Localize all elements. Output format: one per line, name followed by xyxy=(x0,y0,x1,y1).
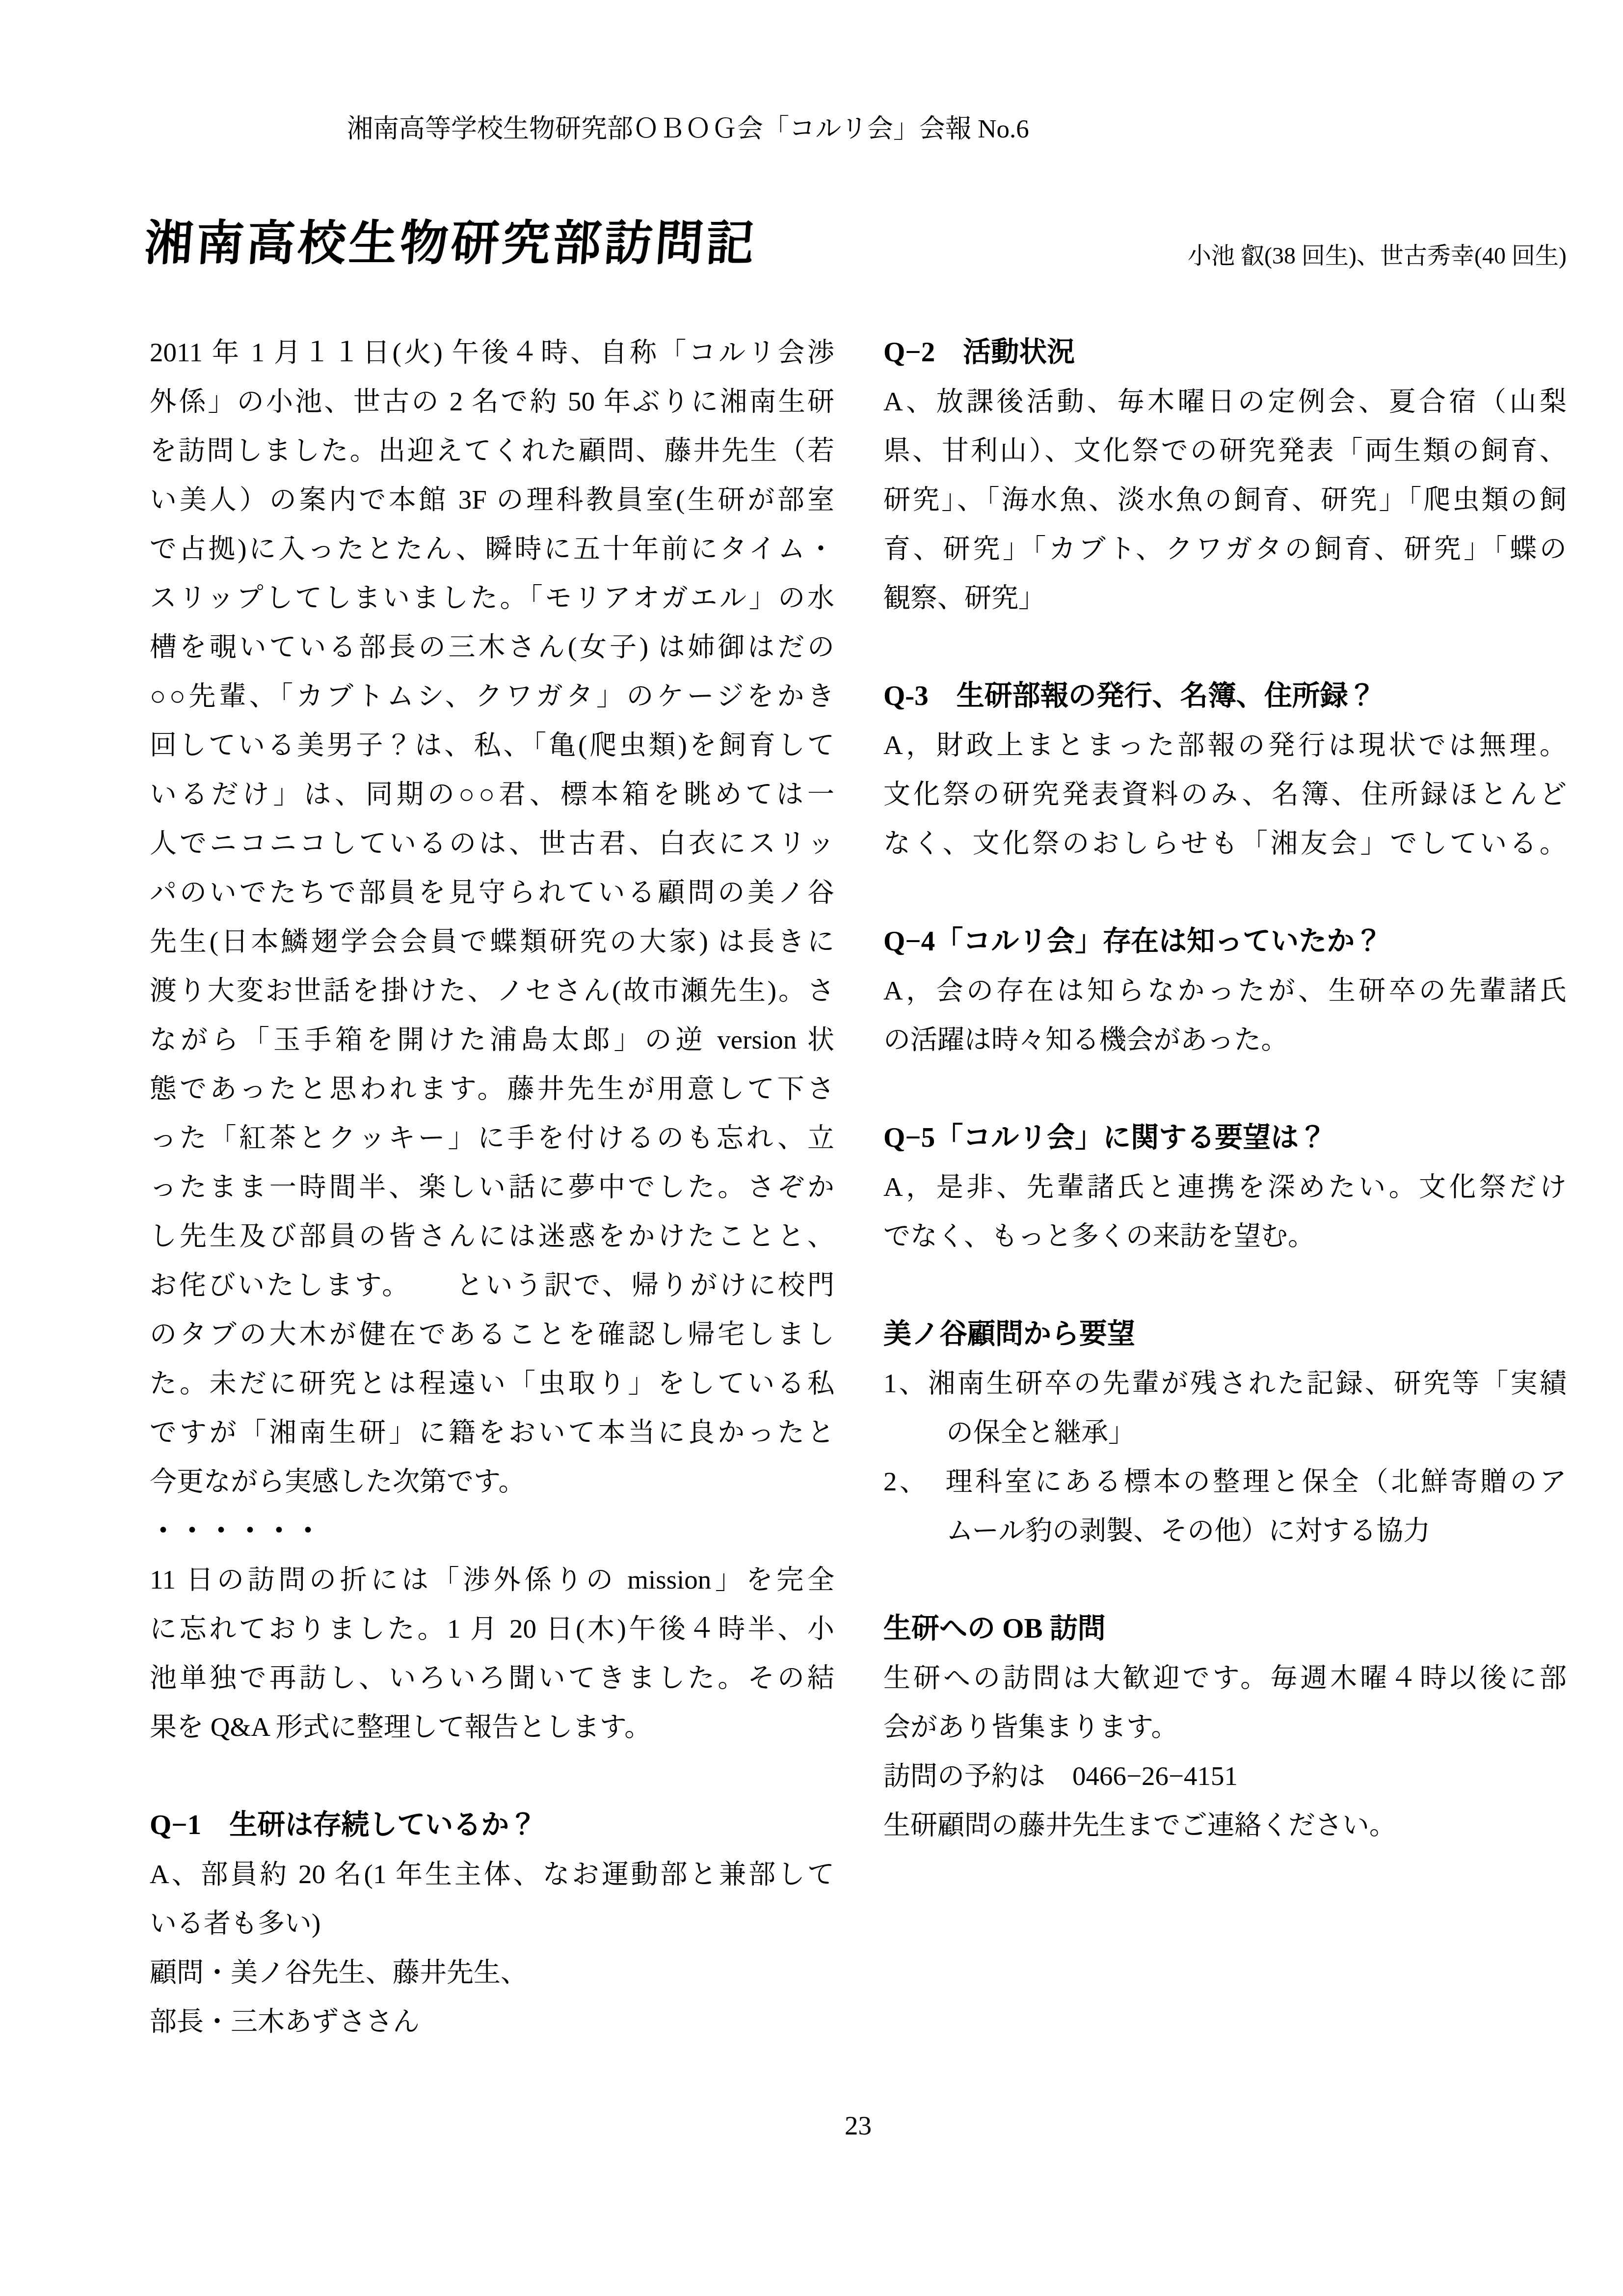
section-q5: Q−5「コルリ会」に関する要望は？ A，是非、先輩諸氏と連携を深めたい。文化祭だ… xyxy=(883,1113,1567,1261)
text-line: 2011 年 1 月１１日(火) 午後４時、自称「コルリ会渉 xyxy=(150,328,834,377)
text-line: 態であったと思われます。藤井先生が用意して下さ xyxy=(150,1064,834,1113)
text-line: A、部員約 20 名(1 年生主体、なお運動部と兼部して xyxy=(150,1850,834,1899)
text-line: いるだけ」は、同期の○○君、標本箱を眺めては一 xyxy=(150,770,834,819)
q1-heading: Q−1 生研は存続しているか？ xyxy=(150,1801,834,1850)
page-number: 23 xyxy=(150,2108,1567,2143)
article-title: 湘南高校生物研究部訪問記 xyxy=(142,212,759,276)
text-line: った「紅茶とクッキー」に手を付けるのも忘れ、立 xyxy=(150,1113,834,1162)
text-line: 人でニコニコしているのは、世古君、白衣にスリッ xyxy=(150,819,834,868)
text-line: 池単独で再訪し、いろいろ聞いてきました。その結 xyxy=(150,1653,834,1702)
text-line: ムール豹の剥製、その他）に対する協力 xyxy=(883,1506,1567,1555)
text-line: のタブの大木が健在であることを確認し帰宅しまし xyxy=(150,1310,834,1359)
article-byline: 小池 叡(38 回生)、世古秀幸(40 回生) xyxy=(1188,242,1567,271)
text-line: A、放課後活動、毎木曜日の定例会、夏合宿（山梨 xyxy=(883,377,1567,426)
text-line: し先生及び部員の皆さんには迷惑をかけたことと、 xyxy=(150,1212,834,1261)
section-q4: Q−4「コルリ会」存在は知っていたか？ A，会の存在は知らなかったが、生研卒の先… xyxy=(883,917,1567,1064)
text-line: で占拠)に入ったとたん、瞬時に五十年前にタイム・ xyxy=(150,524,834,573)
text-line: スリップしてしまいました。「モリアオガエル」の水 xyxy=(150,573,834,622)
q5-heading: Q−5「コルリ会」に関する要望は？ xyxy=(883,1113,1567,1162)
text-line: 部長・三木あずささん xyxy=(150,1997,834,2046)
text-line: に忘れておりました。1 月 20 日(木)午後４時半、小 xyxy=(150,1604,834,1653)
text-line: 育、研究」「カブト、クワガタの飼育、研究」「蝶の xyxy=(883,524,1567,573)
text-line: 生研顧問の藤井先生までご連絡ください。 xyxy=(883,1801,1567,1850)
section-ob-visit: 生研への OB 訪問 生研への訪問は大歓迎です。毎週木曜４時以後に部会があり皆集… xyxy=(883,1604,1567,1850)
advisor-requests-heading: 美ノ谷顧問から要望 xyxy=(883,1310,1567,1359)
text-line: 回している美男子？は、私、「亀(爬虫類)を飼育して xyxy=(150,721,834,770)
text-line: 渡り大変お世話を掛けた、ノセさん(故市瀬先生)。さ xyxy=(150,966,834,1015)
text-line: の保全と継承」 xyxy=(883,1408,1567,1457)
text-line: 県、甘利山）、文化祭での研究発表「両生類の飼育、 xyxy=(883,426,1567,475)
section-q2: Q−2 活動状況 A、放課後活動、毎木曜日の定例会、夏合宿（山梨県、甘利山）、文… xyxy=(883,328,1567,622)
text-line: 観察、研究」 xyxy=(883,573,1567,622)
right-column: Q−2 活動状況 A、放課後活動、毎木曜日の定例会、夏合宿（山梨県、甘利山）、文… xyxy=(883,328,1567,1850)
text-line: 生研への訪問は大歓迎です。毎週木曜４時以後に部 xyxy=(883,1653,1567,1702)
text-line: 11 日の訪問の折には「渉外係りの mission」を完全 xyxy=(150,1555,834,1604)
intro-paragraph: 2011 年 1 月１１日(火) 午後４時、自称「コルリ会渉外係」の小池、世古の… xyxy=(150,328,834,1752)
text-line: た。未だに研究とは程遠い「虫取り」をしている私 xyxy=(150,1359,834,1408)
text-line: お侘びいたします。 という訳で、帰りがけに校門 xyxy=(150,1261,834,1310)
q2-answer: A、放課後活動、毎木曜日の定例会、夏合宿（山梨県、甘利山）、文化祭での研究発表「… xyxy=(883,377,1567,622)
q3-heading: Q-3 生研部報の発行、名簿、住所録？ xyxy=(883,672,1567,721)
left-column: 2011 年 1 月１１日(火) 午後４時、自称「コルリ会渉外係」の小池、世古の… xyxy=(150,328,834,2046)
text-line: 果を Q&A 形式に整理して報告とします。 xyxy=(150,1702,834,1752)
q4-answer: A，会の存在は知らなかったが、生研卒の先輩諸氏の活躍は時々知る機会があった。 xyxy=(883,966,1567,1064)
text-line: ながら「玉手箱を開けた浦島太郎」の逆 version 状 xyxy=(150,1015,834,1064)
text-line: いる者も多い) xyxy=(150,1899,834,1948)
ob-visit-body: 生研への訪問は大歓迎です。毎週木曜４時以後に部会があり皆集まります。訪問の予約は… xyxy=(883,1653,1567,1850)
text-line: A，是非、先輩諸氏と連携を深めたい。文化祭だけ xyxy=(883,1162,1567,1212)
text-line: を訪問しました。出迎えてくれた顧問、藤井先生（若 xyxy=(150,426,834,475)
text-line: なく、文化祭のおしらせも「湘友会」でしている。 xyxy=(883,819,1567,868)
text-line: 先生(日本鱗翅学会会員で蝶類研究の大家) は長きに xyxy=(150,917,834,966)
advisor-requests-body: 1、湘南生研卒の先輩が残された記録、研究等「実績の保全と継承」2、 理科室にある… xyxy=(883,1359,1567,1555)
text-line: ですが「湘南生研」に籍をおいて本当に良かったと xyxy=(150,1408,834,1457)
text-line: 槽を覗いている部長の三木さん(女子) は姉御はだの xyxy=(150,622,834,672)
text-line: A，財政上まとまった部報の発行は現状では無理。 xyxy=(883,721,1567,770)
text-line: ったまま一時間半、楽しい話に夢中でした。さぞか xyxy=(150,1162,834,1212)
section-advisor-requests: 美ノ谷顧問から要望 1、湘南生研卒の先輩が残された記録、研究等「実績の保全と継承… xyxy=(883,1310,1567,1555)
text-line: ○○先輩、「カブトムシ、クワガタ」のケージをかき xyxy=(150,672,834,721)
q4-heading: Q−4「コルリ会」存在は知っていたか？ xyxy=(883,917,1567,966)
section-q3: Q-3 生研部報の発行、名簿、住所録？ A，財政上まとまった部報の発行は現状では… xyxy=(883,672,1567,868)
q1-answer: A、部員約 20 名(1 年生主体、なお運動部と兼部している者も多い)顧問・美ノ… xyxy=(150,1850,834,2046)
text-line: パのいでたちで部員を見守られている顧問の美ノ谷 xyxy=(150,868,834,917)
newsletter-header: 湘南高等学校生物研究部ＯＢＯＧ会「コルリ会」会報 No.6 xyxy=(347,114,1029,144)
text-line: でなく、もっと多くの来訪を望む。 xyxy=(883,1212,1567,1261)
text-line: 会があり皆集まります。 xyxy=(883,1702,1567,1752)
text-line: 訪問の予約は 0466−26−4151 xyxy=(883,1752,1567,1801)
q5-answer: A，是非、先輩諸氏と連携を深めたい。文化祭だけでなく、もっと多くの来訪を望む。 xyxy=(883,1162,1567,1261)
text-line: 外係」の小池、世古の 2 名で約 50 年ぶりに湘南生研 xyxy=(150,377,834,426)
text-line: い美人）の案内で本館 3F の理科教員室(生研が部室 xyxy=(150,475,834,524)
text-line: の活躍は時々知る機会があった。 xyxy=(883,1015,1567,1064)
section-q1: Q−1 生研は存続しているか？ A、部員約 20 名(1 年生主体、なお運動部と… xyxy=(150,1801,834,2046)
text-line: 顧問・美ノ谷先生、藤井先生、 xyxy=(150,1948,834,1997)
text-line: A，会の存在は知らなかったが、生研卒の先輩諸氏 xyxy=(883,966,1567,1015)
ob-visit-heading: 生研への OB 訪問 xyxy=(883,1604,1567,1653)
q2-heading: Q−2 活動状況 xyxy=(883,328,1567,377)
text-line: 研究」、「海水魚、淡水魚の飼育、研究」「爬虫類の飼 xyxy=(883,475,1567,524)
q3-answer: A，財政上まとまった部報の発行は現状では無理。文化祭の研究発表資料のみ、名簿、住… xyxy=(883,721,1567,868)
text-line: 2、 理科室にある標本の整理と保全（北鮮寄贈のア xyxy=(883,1457,1567,1506)
document-page: 湘南高等学校生物研究部ＯＢＯＧ会「コルリ会」会報 No.6 湘南高校生物研究部訪… xyxy=(0,0,1623,2296)
text-line: 1、湘南生研卒の先輩が残された記録、研究等「実績 xyxy=(883,1359,1567,1408)
text-line: 文化祭の研究発表資料のみ、名簿、住所録ほとんど xyxy=(883,770,1567,819)
text-line: 今更ながら実感した次第です。 xyxy=(150,1457,834,1506)
text-line: ・・・・・・ xyxy=(150,1506,834,1555)
